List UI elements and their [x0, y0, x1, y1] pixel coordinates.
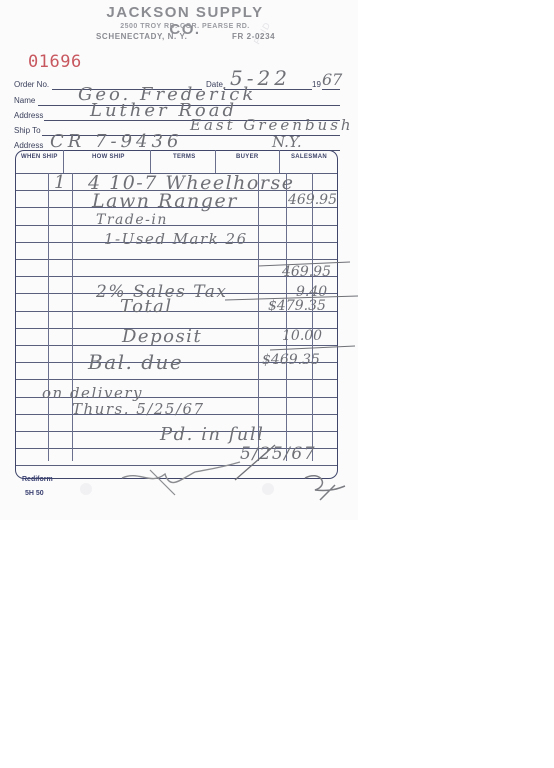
sales-slip: PAID JACKSON SUPPLY CO. 2500 TROY RD. CO…: [0, 0, 358, 520]
signature-scribbles: [0, 0, 358, 520]
